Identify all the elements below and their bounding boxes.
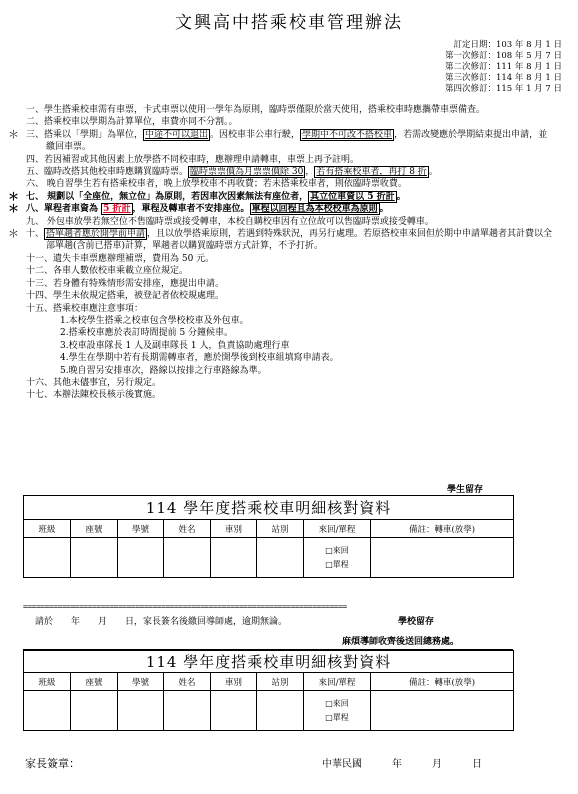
- rule-12: 十二、各車人數依校車乘載立座位規定。: [8, 265, 556, 277]
- header-remarks: 備註：轉車(放學): [371, 673, 514, 691]
- header-name: 姓名: [164, 520, 211, 538]
- rule-8: ＊八、單程者車資為 5 折計，單程及轉車者不安排座位。單程以回程且為本校校車為原…: [8, 203, 556, 215]
- rule-3: ＊三、搭乘以「學期」為單位，中途不可以退出。因校車非公車行駛，學期中不可改不搭校…: [8, 129, 556, 154]
- return-deadline-note: 請於 年 月 日，家長簽名後繳回導師處，逾期無論。: [35, 614, 287, 627]
- boxed-emphasis: 若有搭乘校車者，再打 8 折: [314, 166, 428, 178]
- round-trip-checkbox[interactable]: □來回: [304, 544, 370, 558]
- rule-7: ＊七、 規劃以「全座位，無立位」為原則，若因車次因素無法有座位者，其立位車資以 …: [8, 191, 556, 203]
- revision-line: 訂定日期：103 年 8 月 1 日: [453, 40, 562, 51]
- revision-line: 第三次修訂：114 年 8 月 1 日: [445, 73, 562, 84]
- revision-line: 第四次修訂：115 年 1 月 7 日: [445, 84, 562, 95]
- boxed-emphasis: 學期中不可改不搭校車: [300, 129, 394, 141]
- rule-9: 九、 外包車放學若無空位不售臨時票或接受轉車，本校自購校車因有立位故可以售臨時票…: [8, 216, 556, 228]
- red-emphasis: 5 折計: [101, 203, 132, 215]
- rule-6: 六、 晚自習學生若有搭乘校車者，晚上放學校車不再收費；若未搭乘校車者，則依臨時票…: [8, 178, 556, 190]
- bus-field[interactable]: [211, 691, 257, 731]
- rule-16: 十六、其他未儘事宜，另行規定。: [8, 377, 556, 389]
- table-title: 114 學年度搭乘校車明細核對資料: [24, 496, 514, 520]
- name-field[interactable]: [164, 691, 211, 731]
- school-copy-label: 學校留存: [398, 614, 434, 627]
- rule-14: 十四、學生未依規定搭乘，被登記者依校規處理。: [8, 290, 556, 302]
- rule-10: ＊十、搭單趟者應於開學前申請，且以放學搭乘原則，若遇到特殊狀況，再另行處理。若原…: [8, 228, 556, 253]
- remarks-field[interactable]: [371, 691, 514, 731]
- boxed-emphasis: 其立位車資以 5 折計: [308, 191, 397, 203]
- rule-1: 一、學生搭乘校車需有車票，卡式車票以使用一學年為原則，臨時票僅限於當天使用，搭乘…: [8, 104, 556, 116]
- one-way-checkbox[interactable]: □單程: [304, 711, 370, 725]
- one-way-checkbox[interactable]: □單程: [304, 558, 370, 572]
- header-stop: 站別: [257, 673, 304, 691]
- trip-type-options: □來回 □單程: [304, 538, 371, 578]
- boxed-emphasis: 搭單趟者應於開學前申請: [44, 228, 147, 240]
- revision-line: 第一次修訂：108 年 5 月 7 日: [445, 51, 562, 62]
- remarks-field[interactable]: [371, 538, 514, 578]
- name-field[interactable]: [164, 538, 211, 578]
- header-student-id: 學號: [118, 520, 164, 538]
- header-trip-type: 來回/單程: [304, 520, 371, 538]
- header-bus: 車別: [211, 673, 257, 691]
- bus-field[interactable]: [211, 538, 257, 578]
- rule-15-item: 2.搭乘校車應於表訂時間提前 5 分鐘候車。: [8, 327, 556, 339]
- return-instruction: 麻煩導師收齊後送回總務處。: [342, 634, 459, 647]
- class-field[interactable]: [24, 691, 71, 731]
- rule-17: 十七、本辦法陳校長核示後實施。: [8, 389, 556, 401]
- boxed-emphasis: 中途不可以退出: [143, 129, 210, 141]
- rule-11: 十一、遺失卡車票應辦理補票，費用為 50 元。: [8, 253, 556, 265]
- rule-5: 五、臨時改搭其他校車時應購買臨時票。臨時票票價為月票票價除 30，若有搭乘校車者…: [8, 166, 556, 178]
- student-id-field[interactable]: [118, 691, 164, 731]
- document-title: 文興高中搭乘校車管理辦法: [0, 8, 578, 33]
- revision-line: 第二次修訂：111 年 8 月 1 日: [445, 62, 562, 73]
- seat-no-field[interactable]: [71, 691, 118, 731]
- header-trip-type: 來回/單程: [304, 673, 371, 691]
- asterisk-marker: ＊: [8, 203, 19, 215]
- rule-2: 二、搭乘校車以學期為計算單位，車費亦同不分割。。: [8, 116, 556, 128]
- asterisk-marker: ＊: [8, 129, 19, 141]
- boxed-emphasis: 臨時票票價為月票票價除 30: [188, 166, 305, 178]
- student-copy-label: 學生留存: [447, 482, 483, 495]
- trip-type-options: □來回 □單程: [304, 691, 371, 731]
- rule-13: 十三、若身體有特殊情形需安排座，應提出申請。: [8, 278, 556, 290]
- rule-15-item: 4.學生在學期中若有長期需轉車者，應於開學後到校車組填寫申請表。: [8, 352, 556, 364]
- student-id-field[interactable]: [118, 538, 164, 578]
- header-student-id: 學號: [118, 673, 164, 691]
- student-bus-table: 114 學年度搭乘校車明細核對資料 班級 座號 學號 姓名 車別 站別 來回/單…: [23, 495, 514, 578]
- school-bus-table: 114 學年度搭乘校車明細核對資料 班級 座號 學號 姓名 車別 站別 來回/單…: [23, 650, 514, 731]
- rule-15: 十五、搭乘校車應注意事項：: [8, 303, 556, 315]
- rules-list: 一、學生搭乘校車需有車票，卡式車票以使用一學年為原則，臨時票僅限於當天使用，搭乘…: [8, 104, 556, 402]
- seat-no-field[interactable]: [71, 538, 118, 578]
- header-class: 班級: [24, 673, 71, 691]
- asterisk-marker: ＊: [8, 228, 19, 240]
- signature-date: 中華民國 年 月 日: [322, 755, 482, 770]
- header-bus: 車別: [211, 520, 257, 538]
- header-class: 班級: [24, 520, 71, 538]
- stop-field[interactable]: [257, 538, 304, 578]
- table-title: 114 學年度搭乘校車明細核對資料: [24, 651, 514, 673]
- boxed-emphasis: 單程以回程且為本校校車為原則: [250, 203, 380, 215]
- header-seat-no: 座號: [71, 520, 118, 538]
- header-seat-no: 座號: [71, 673, 118, 691]
- rule-15-item: 3.校車設車隊長 1 人及副車隊長 1 人，負責協助處理行車: [8, 340, 556, 352]
- cut-line: ========================================…: [23, 602, 498, 611]
- header-remarks: 備註：轉車(放學): [371, 520, 514, 538]
- rule-4: 四、若因補習或其他因素上放學搭不同校車時，應辦理申請轉車，車票上再予註明。: [8, 154, 556, 166]
- stop-field[interactable]: [257, 691, 304, 731]
- parent-signature-label: 家長簽章：: [25, 755, 80, 771]
- header-name: 姓名: [164, 673, 211, 691]
- round-trip-checkbox[interactable]: □來回: [304, 697, 370, 711]
- header-stop: 站別: [257, 520, 304, 538]
- class-field[interactable]: [24, 538, 71, 578]
- rule-15-item: 5.晚自習另安排車次，路線以按排之行車路線為準。: [8, 365, 556, 377]
- rule-15-item: 1.本校學生搭乘之校車包含學校校車及外包車。: [8, 315, 556, 327]
